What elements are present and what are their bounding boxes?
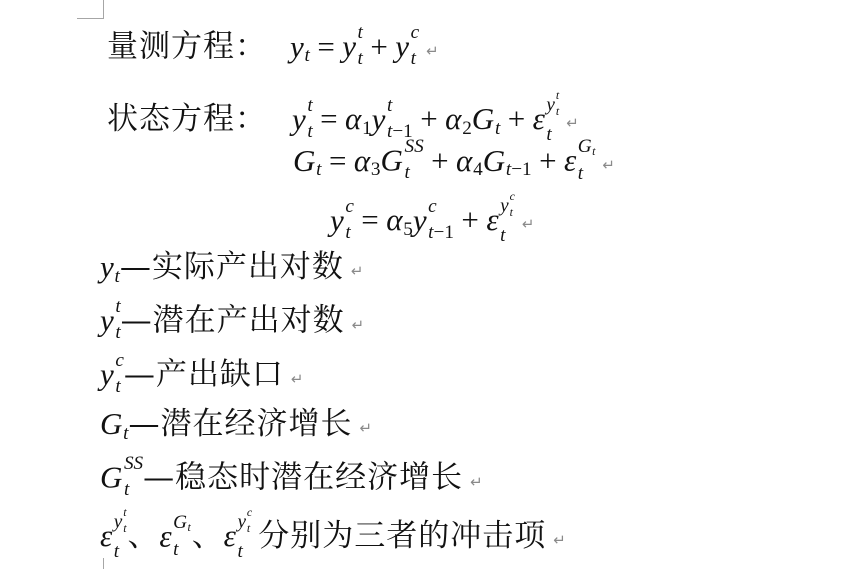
- math-subscript: t: [124, 481, 129, 499]
- math-glyph: t: [247, 521, 250, 535]
- math-scripts: yttt: [114, 507, 127, 561]
- math-subscript: t: [500, 227, 505, 245]
- math-subscript: t: [411, 50, 416, 68]
- math-var: α1: [345, 100, 372, 140]
- math-scripts: SSt: [404, 138, 423, 183]
- math-operator: +: [508, 101, 525, 136]
- math-glyph: y: [100, 249, 114, 284]
- math-glyph: G: [100, 460, 122, 495]
- line-state-equation-potential-output: 状态方程：ytt=α1ytt−1+α2Gt+εyttt↵: [107, 90, 579, 144]
- math-glyph: t: [115, 376, 120, 397]
- paragraph-mark-icon: ↵: [351, 262, 364, 280]
- math-glyph: G: [472, 101, 494, 136]
- math-glyph: t: [305, 45, 310, 66]
- math-var: εGtt: [564, 138, 595, 184]
- math-subscript: t: [305, 45, 310, 66]
- definition-text: 分别为三者的冲击项: [258, 518, 546, 554]
- math-subscript: t: [358, 50, 363, 68]
- math-operator: =: [320, 101, 337, 136]
- math-glyph: c: [115, 350, 124, 371]
- math-scripts: tt: [556, 90, 559, 118]
- math-var: Gt: [100, 405, 129, 445]
- math-base: ε: [159, 518, 171, 553]
- math-var: α2: [445, 100, 472, 140]
- math-glyph: y: [500, 196, 509, 217]
- math-base: G: [578, 136, 592, 157]
- definition-steady-state-growth: GSSt—稳态时潜在经济增长↵: [100, 455, 483, 500]
- math-scripts: SSt: [124, 455, 143, 500]
- math-symbol-actual-output: yt: [100, 249, 120, 284]
- math-glyph: t: [123, 505, 126, 519]
- math-base: y: [500, 196, 509, 217]
- math-glyph: α: [456, 143, 472, 178]
- definition-potential-growth: Gt—潜在经济增长↵: [100, 405, 372, 445]
- math-operator: +: [539, 143, 556, 178]
- math-base: ε: [224, 518, 236, 553]
- definition-text: —潜在经济增长: [129, 406, 353, 442]
- math-glyph: G: [173, 512, 187, 533]
- math-scripts: tt: [307, 97, 312, 142]
- math-scripts: Gtt: [173, 514, 191, 560]
- math-scripts: tt: [358, 24, 363, 69]
- math-superscript: t: [556, 90, 559, 101]
- math-subscript: t: [115, 378, 120, 396]
- equation-label-measurement: 量测方程：: [107, 29, 267, 65]
- math-expression-growth: Gt=α3GSSt+α4Gt−1+εGtt: [293, 143, 595, 178]
- math-subscript: t: [345, 224, 350, 242]
- math-glyph: t: [495, 118, 500, 139]
- math-operator: =: [317, 29, 334, 64]
- math-glyph: y: [546, 95, 555, 116]
- math-base: y: [413, 202, 427, 237]
- line-measurement-equation: 量测方程：yt=ytt+yct↵: [107, 24, 439, 69]
- math-glyph: y: [330, 202, 344, 237]
- math-superscript: yct: [237, 507, 252, 535]
- math-var: Gt: [173, 514, 191, 533]
- math-glyph: y: [237, 512, 246, 533]
- math-glyph: t: [556, 104, 559, 118]
- math-var: ytt: [342, 24, 363, 69]
- math-expression-output-gap: yct=α5yct−1+εyctt: [330, 202, 515, 237]
- math-scripts: yctt: [237, 507, 252, 561]
- math-glyph: α: [345, 101, 361, 136]
- math-base: G: [472, 101, 494, 136]
- math-glyph: t: [500, 225, 505, 246]
- math-glyph: ε: [100, 518, 112, 553]
- math-symbol-steady-state-growth: GSSt: [100, 460, 143, 495]
- math-base: y: [292, 101, 306, 136]
- math-glyph: 5: [403, 219, 413, 240]
- math-var: GSSt: [381, 138, 424, 183]
- math-subscript: t−1: [428, 224, 454, 242]
- paragraph-mark-icon: ↵: [426, 42, 439, 60]
- math-glyph: y: [342, 29, 356, 64]
- math-glyph: y: [100, 357, 114, 392]
- math-glyph: y: [100, 303, 114, 338]
- math-glyph: t: [114, 541, 119, 562]
- paragraph-mark-icon: ↵: [470, 473, 483, 491]
- math-superscript: SS: [124, 455, 143, 473]
- math-superscript: Gt: [173, 514, 191, 533]
- math-glyph: y: [372, 101, 386, 136]
- math-var: εyttt: [533, 90, 560, 144]
- cjk-separator: 、: [127, 518, 158, 554]
- math-superscript: ytt: [114, 507, 127, 535]
- math-base: ε: [486, 202, 498, 237]
- paragraph-mark-icon: ↵: [360, 419, 373, 437]
- cjk-separator: 、: [192, 518, 223, 554]
- math-subscript: t: [247, 523, 250, 534]
- math-operator: +: [370, 29, 387, 64]
- math-var: ytt: [292, 97, 313, 142]
- math-superscript: Gt: [578, 138, 596, 157]
- math-glyph: 4: [473, 159, 483, 180]
- math-glyph: y: [413, 202, 427, 237]
- margin-crop-mark-top-left-horizontal: [77, 18, 104, 19]
- math-scripts: Gtt: [578, 138, 596, 184]
- math-glyph: t: [358, 48, 363, 69]
- math-base: ε: [533, 101, 545, 136]
- math-var: yct−1: [413, 198, 454, 243]
- math-glyph: α: [354, 143, 370, 178]
- line-state-equation-growth: Gt=α3GSSt+α4Gt−1+εGtt↵: [293, 138, 615, 184]
- math-base: y: [290, 29, 304, 64]
- math-scripts: tt−1: [387, 97, 413, 142]
- math-var: εyctt: [224, 507, 253, 561]
- math-subscript: 5: [403, 219, 413, 240]
- math-scripts: ct: [411, 24, 420, 69]
- definition-actual-output: yt—实际产出对数↵: [100, 248, 363, 288]
- math-base: y: [237, 512, 246, 533]
- math-base: G: [100, 460, 122, 495]
- math-superscript: t: [307, 97, 312, 115]
- math-var: α4: [456, 142, 483, 182]
- math-glyph: c: [428, 196, 437, 217]
- document-page[interactable]: 量测方程：yt=ytt+yct↵ 状态方程：ytt=α1ytt−1+α2Gt+ε…: [0, 0, 853, 569]
- math-var: Gt−1: [483, 142, 532, 182]
- math-base: α: [345, 101, 361, 136]
- math-superscript: t: [123, 507, 126, 518]
- definition-text: —实际产出对数: [120, 249, 344, 285]
- paragraph-mark-icon: ↵: [566, 114, 579, 132]
- math-base: y: [372, 101, 386, 136]
- math-var: εyctt: [486, 191, 515, 245]
- math-base: G: [293, 143, 315, 178]
- math-superscript: ytt: [546, 90, 559, 118]
- math-operator: +: [431, 143, 448, 178]
- math-superscript: c: [428, 198, 437, 216]
- math-glyph: c: [510, 189, 515, 203]
- math-symbol-output-gap: yct: [100, 357, 124, 392]
- math-symbol-potential-growth: Gt: [100, 406, 129, 441]
- math-base: G: [483, 143, 505, 178]
- math-glyph: G: [483, 143, 505, 178]
- math-glyph: ε: [486, 202, 498, 237]
- math-var: ytt: [114, 507, 127, 535]
- math-base: α: [354, 143, 370, 178]
- paragraph-mark-icon: ↵: [602, 156, 615, 174]
- math-glyph: t: [124, 479, 129, 500]
- math-glyph: −: [434, 222, 445, 243]
- math-subscript: 2: [462, 118, 472, 139]
- paragraph-mark-icon: ↵: [553, 531, 566, 549]
- math-glyph: y: [292, 101, 306, 136]
- math-base: y: [114, 512, 123, 533]
- paragraph-mark-icon: ↵: [522, 215, 535, 233]
- math-superscript: c: [411, 24, 420, 42]
- math-var: εyttt: [100, 507, 127, 561]
- math-base: α: [456, 143, 472, 178]
- definition-text: —稳态时潜在经济增长: [143, 460, 463, 496]
- math-subscript: t: [316, 159, 321, 180]
- math-glyph: ε: [159, 518, 171, 553]
- math-var: Gt: [293, 142, 322, 182]
- math-scripts: ct−1: [428, 198, 454, 243]
- math-base: α: [445, 101, 461, 136]
- math-subscript: 4: [473, 159, 483, 180]
- definition-text: —产出缺口: [124, 357, 284, 393]
- definition-output-gap: yct—产出缺口↵: [100, 352, 303, 397]
- math-superscript: yct: [500, 191, 515, 219]
- math-subscript: t: [404, 164, 409, 182]
- math-var: Gt: [578, 138, 596, 157]
- math-var: Gt: [472, 100, 501, 140]
- math-superscript: c: [345, 198, 354, 216]
- math-glyph: t: [578, 163, 583, 184]
- math-base: ε: [100, 518, 112, 553]
- math-base: G: [173, 512, 187, 533]
- math-var: yct: [100, 352, 124, 397]
- math-glyph: t: [387, 95, 392, 116]
- math-glyph: 2: [462, 118, 472, 139]
- definition-potential-output: ytt—潜在产出对数↵: [100, 298, 364, 343]
- math-base: y: [100, 249, 114, 284]
- math-operator: =: [329, 143, 346, 178]
- math-superscript: c: [247, 507, 252, 518]
- math-base: y: [100, 303, 114, 338]
- math-superscript: t: [387, 97, 392, 115]
- math-glyph: 1: [444, 222, 454, 243]
- math-glyph: ε: [224, 518, 236, 553]
- margin-crop-mark-top-left-vertical: [103, 0, 104, 18]
- math-operator: =: [361, 202, 378, 237]
- math-glyph: ε: [564, 143, 576, 178]
- paragraph-mark-icon: ↵: [291, 370, 304, 388]
- math-subscript: t: [188, 520, 191, 534]
- math-scripts: yttt: [546, 90, 559, 144]
- math-glyph: y: [114, 512, 123, 533]
- math-subscript: t−1: [506, 159, 532, 180]
- math-base: α: [386, 202, 402, 237]
- math-glyph: c: [411, 22, 420, 43]
- math-glyph: t: [510, 205, 513, 219]
- math-subscript: t: [510, 207, 513, 218]
- math-glyph: t: [173, 539, 178, 560]
- math-scripts: yctt: [500, 191, 515, 245]
- math-subscript: t: [556, 106, 559, 117]
- math-glyph: t: [188, 520, 191, 534]
- math-superscript: SS: [404, 138, 423, 156]
- math-scripts: ct: [247, 507, 252, 535]
- math-var: α5: [386, 201, 413, 241]
- math-glyph: t: [556, 88, 559, 102]
- math-base: y: [342, 29, 356, 64]
- math-glyph: α: [386, 202, 402, 237]
- math-subscript: t: [495, 118, 500, 139]
- math-var: yct: [237, 507, 252, 535]
- math-scripts: ct: [115, 352, 124, 397]
- math-var: α3: [354, 142, 381, 182]
- math-expression-potential-output: ytt=α1ytt−1+α2Gt+εyttt: [292, 101, 559, 136]
- math-var: ytt: [546, 90, 559, 118]
- math-glyph: t: [592, 144, 595, 158]
- math-symbol-potential-output: ytt: [100, 303, 121, 338]
- math-operator: +: [461, 202, 478, 237]
- math-superscript: c: [510, 191, 515, 202]
- math-glyph: y: [290, 29, 304, 64]
- equation-label-state: 状态方程：: [107, 101, 267, 137]
- math-superscript: t: [358, 24, 363, 42]
- math-glyph: −: [511, 159, 522, 180]
- line-state-equation-output-gap: yct=α5yct−1+εyctt↵: [330, 191, 534, 245]
- math-base: y: [330, 202, 344, 237]
- math-scripts: ct: [345, 198, 354, 243]
- math-glyph: G: [100, 406, 122, 441]
- math-var: yct: [395, 24, 419, 69]
- math-glyph: y: [395, 29, 409, 64]
- math-base: y: [395, 29, 409, 64]
- math-superscript: c: [115, 352, 124, 370]
- math-subscript: t: [173, 541, 178, 559]
- math-var: yt: [100, 248, 120, 288]
- math-glyph: G: [293, 143, 315, 178]
- math-glyph: ε: [533, 101, 545, 136]
- math-glyph: S: [414, 136, 424, 157]
- math-base: ε: [564, 143, 576, 178]
- math-subscript: t: [578, 165, 583, 183]
- math-glyph: t: [307, 95, 312, 116]
- math-subscript: t: [237, 543, 242, 561]
- math-glyph: G: [381, 143, 403, 178]
- math-glyph: S: [404, 136, 414, 157]
- math-var: yct: [500, 191, 515, 219]
- math-glyph: t: [237, 541, 242, 562]
- math-scripts: ct: [510, 191, 515, 219]
- math-subscript: t: [592, 144, 595, 158]
- math-glyph: t: [358, 22, 363, 43]
- definition-shock-terms: εyttt、εGtt、εyctt分别为三者的冲击项↵: [100, 507, 566, 561]
- math-glyph: S: [134, 453, 144, 474]
- math-glyph: t: [411, 48, 416, 69]
- math-subscript: 3: [371, 159, 381, 180]
- math-base: y: [100, 357, 114, 392]
- math-glyph: 1: [362, 118, 372, 139]
- math-glyph: S: [124, 453, 134, 474]
- math-var: ytt: [100, 298, 121, 343]
- math-glyph: c: [345, 196, 354, 217]
- paragraph-mark-icon: ↵: [352, 316, 365, 334]
- math-base: G: [381, 143, 403, 178]
- math-glyph: t: [316, 159, 321, 180]
- math-operator: +: [420, 101, 437, 136]
- math-subscript: t: [114, 543, 119, 561]
- math-glyph: 1: [522, 159, 532, 180]
- math-base: G: [100, 406, 122, 441]
- math-glyph: t: [404, 162, 409, 183]
- math-base: y: [546, 95, 555, 116]
- math-var: ytt−1: [372, 97, 413, 142]
- math-var: yct: [330, 198, 354, 243]
- math-subscript: 1: [362, 118, 372, 139]
- math-glyph: G: [578, 136, 592, 157]
- math-glyph: α: [445, 101, 461, 136]
- math-glyph: c: [247, 505, 252, 519]
- math-var: GSSt: [100, 455, 143, 500]
- definition-text: —潜在产出对数: [121, 303, 345, 339]
- math-var: yt: [290, 28, 310, 68]
- math-glyph: t: [345, 222, 350, 243]
- math-symbols-shock-terms: εyttt、εGtt、εyctt: [100, 518, 252, 553]
- math-var: εGtt: [159, 514, 190, 560]
- math-glyph: 3: [371, 159, 381, 180]
- math-expression-measurement: yt=ytt+yct: [290, 29, 419, 64]
